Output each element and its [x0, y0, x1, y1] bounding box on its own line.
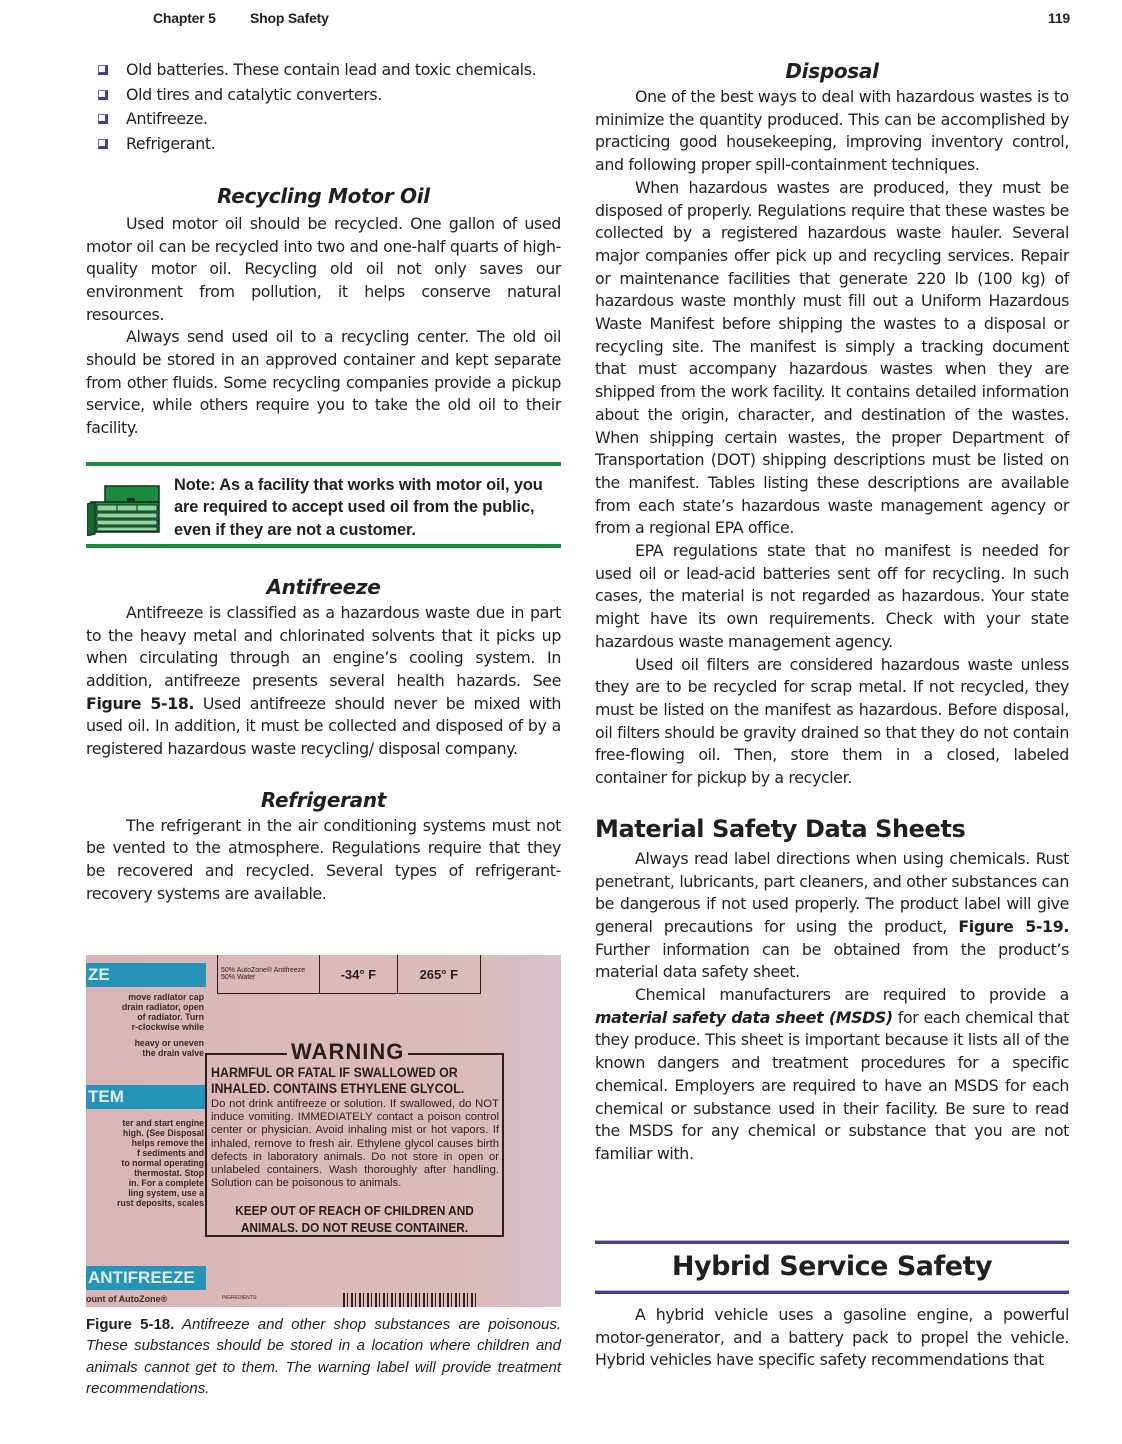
boil-point: 265° F: [398, 955, 480, 993]
mixture-table: 50% AutoZone® Antifreeze 50% Water -34° …: [217, 955, 481, 994]
right-column: Disposal One of the best ways to deal wi…: [595, 58, 1069, 1166]
textbook-page: Chapter 5 Shop Safety 119 Old batteries.…: [0, 0, 1122, 1444]
label-side-text: move radiator cap drain radiator, open o…: [86, 992, 204, 1032]
disposal-paragraph-4: Used oil filters are considered hazardou…: [595, 654, 1069, 790]
list-item: Old batteries. These contain lead and to…: [86, 58, 561, 83]
label-band: ZE: [86, 963, 206, 987]
antifreeze-label-photo: ZE move radiator cap drain radiator, ope…: [86, 955, 561, 1307]
hybrid-heading: Hybrid Service Safety: [595, 1244, 1069, 1290]
checkbox-bullet-icon: [98, 65, 108, 75]
disposal-paragraph-1: One of the best ways to deal with hazard…: [595, 86, 1069, 177]
label-side-text: ter and start engine high. (See Disposal…: [86, 1118, 204, 1208]
figure-reference: Figure 5-18.: [86, 694, 194, 713]
key-term: material safety data sheet (MSDS): [595, 1008, 893, 1027]
hybrid-heading-block: Hybrid Service Safety: [595, 1240, 1069, 1294]
warning-box: WARNING HARMFUL OR FATAL IF SWALLOWED OR…: [205, 1053, 504, 1237]
refrigerant-heading: Refrigerant: [86, 787, 561, 813]
list-item: Antifreeze.: [86, 107, 561, 132]
page-number: 119: [1048, 10, 1070, 26]
list-item: Refrigerant.: [86, 132, 561, 157]
antifreeze-paragraph: Antifreeze is classified as a hazardous …: [86, 602, 561, 761]
figure-caption: Figure 5-18. Antifreeze and other shop s…: [86, 1314, 561, 1400]
warning-caps: HARMFUL OR FATAL IF SWALLOWED OR INHALED…: [211, 1065, 480, 1097]
msds-paragraph-2: Chemical manufacturers are required to p…: [595, 984, 1069, 1166]
chapter-title: Shop Safety: [250, 10, 329, 26]
recycling-paragraph-1: Used motor oil should be recycled. One g…: [86, 213, 561, 327]
label-side-text: heavy or uneven the drain valve: [86, 1038, 204, 1058]
label-band: TEM: [86, 1085, 206, 1109]
label-bottom-text: ount of AutoZone®: [86, 1294, 167, 1304]
checkbox-bullet-icon: [98, 139, 108, 149]
mixture-label: 50% AutoZone® Antifreeze 50% Water: [218, 955, 320, 993]
msds-heading: Material Safety Data Sheets: [595, 814, 1069, 844]
recycling-paragraph-2: Always send used oil to a recycling cent…: [86, 326, 561, 440]
freeze-point: -34° F: [320, 955, 398, 993]
msds-paragraph-1: Always read label directions when using …: [595, 848, 1069, 984]
disposal-paragraph-2: When hazardous wastes are produced, they…: [595, 177, 1069, 540]
figure-label: Figure 5-18.: [86, 1316, 174, 1333]
note-box: Note: As a facility that works with moto…: [86, 462, 561, 548]
chapter-number: Chapter 5: [153, 10, 216, 26]
hazard-bullet-list: Old batteries. These contain lead and to…: [86, 58, 561, 157]
list-item: Old tires and catalytic converters.: [86, 83, 561, 108]
warning-title: WARNING: [287, 1039, 408, 1065]
refrigerant-paragraph: The refrigerant in the air conditioning …: [86, 815, 561, 906]
figure-reference: Figure 5-19.: [958, 917, 1069, 936]
disposal-paragraph-3: EPA regulations state that no manifest i…: [595, 540, 1069, 654]
hybrid-paragraph: A hybrid vehicle uses a gasoline engine,…: [595, 1304, 1069, 1372]
warning-footer: KEEP OUT OF REACH OF CHILDREN AND ANIMAL…: [222, 1202, 488, 1236]
left-column: Old batteries. These contain lead and to…: [86, 58, 561, 906]
label-ingredients: INGREDIENTS:: [222, 1295, 258, 1301]
recycling-motor-oil-heading: Recycling Motor Oil: [86, 183, 561, 209]
disposal-heading: Disposal: [595, 58, 1069, 84]
label-band: ANTIFREEZE: [86, 1266, 206, 1290]
hybrid-section: Hybrid Service Safety A hybrid vehicle u…: [595, 1240, 1069, 1372]
note-text: Note: As a facility that works with moto…: [174, 474, 561, 542]
running-header: Chapter 5 Shop Safety 119: [153, 8, 1070, 30]
barcode-icon: [343, 1293, 478, 1307]
toolbox-icon: [87, 484, 165, 536]
antifreeze-heading: Antifreeze: [86, 574, 561, 600]
warning-body: Do not drink antifreeze or solution. If …: [211, 1098, 499, 1190]
checkbox-bullet-icon: [98, 114, 108, 124]
checkbox-bullet-icon: [98, 90, 108, 100]
bottom-rule: [595, 1290, 1069, 1294]
